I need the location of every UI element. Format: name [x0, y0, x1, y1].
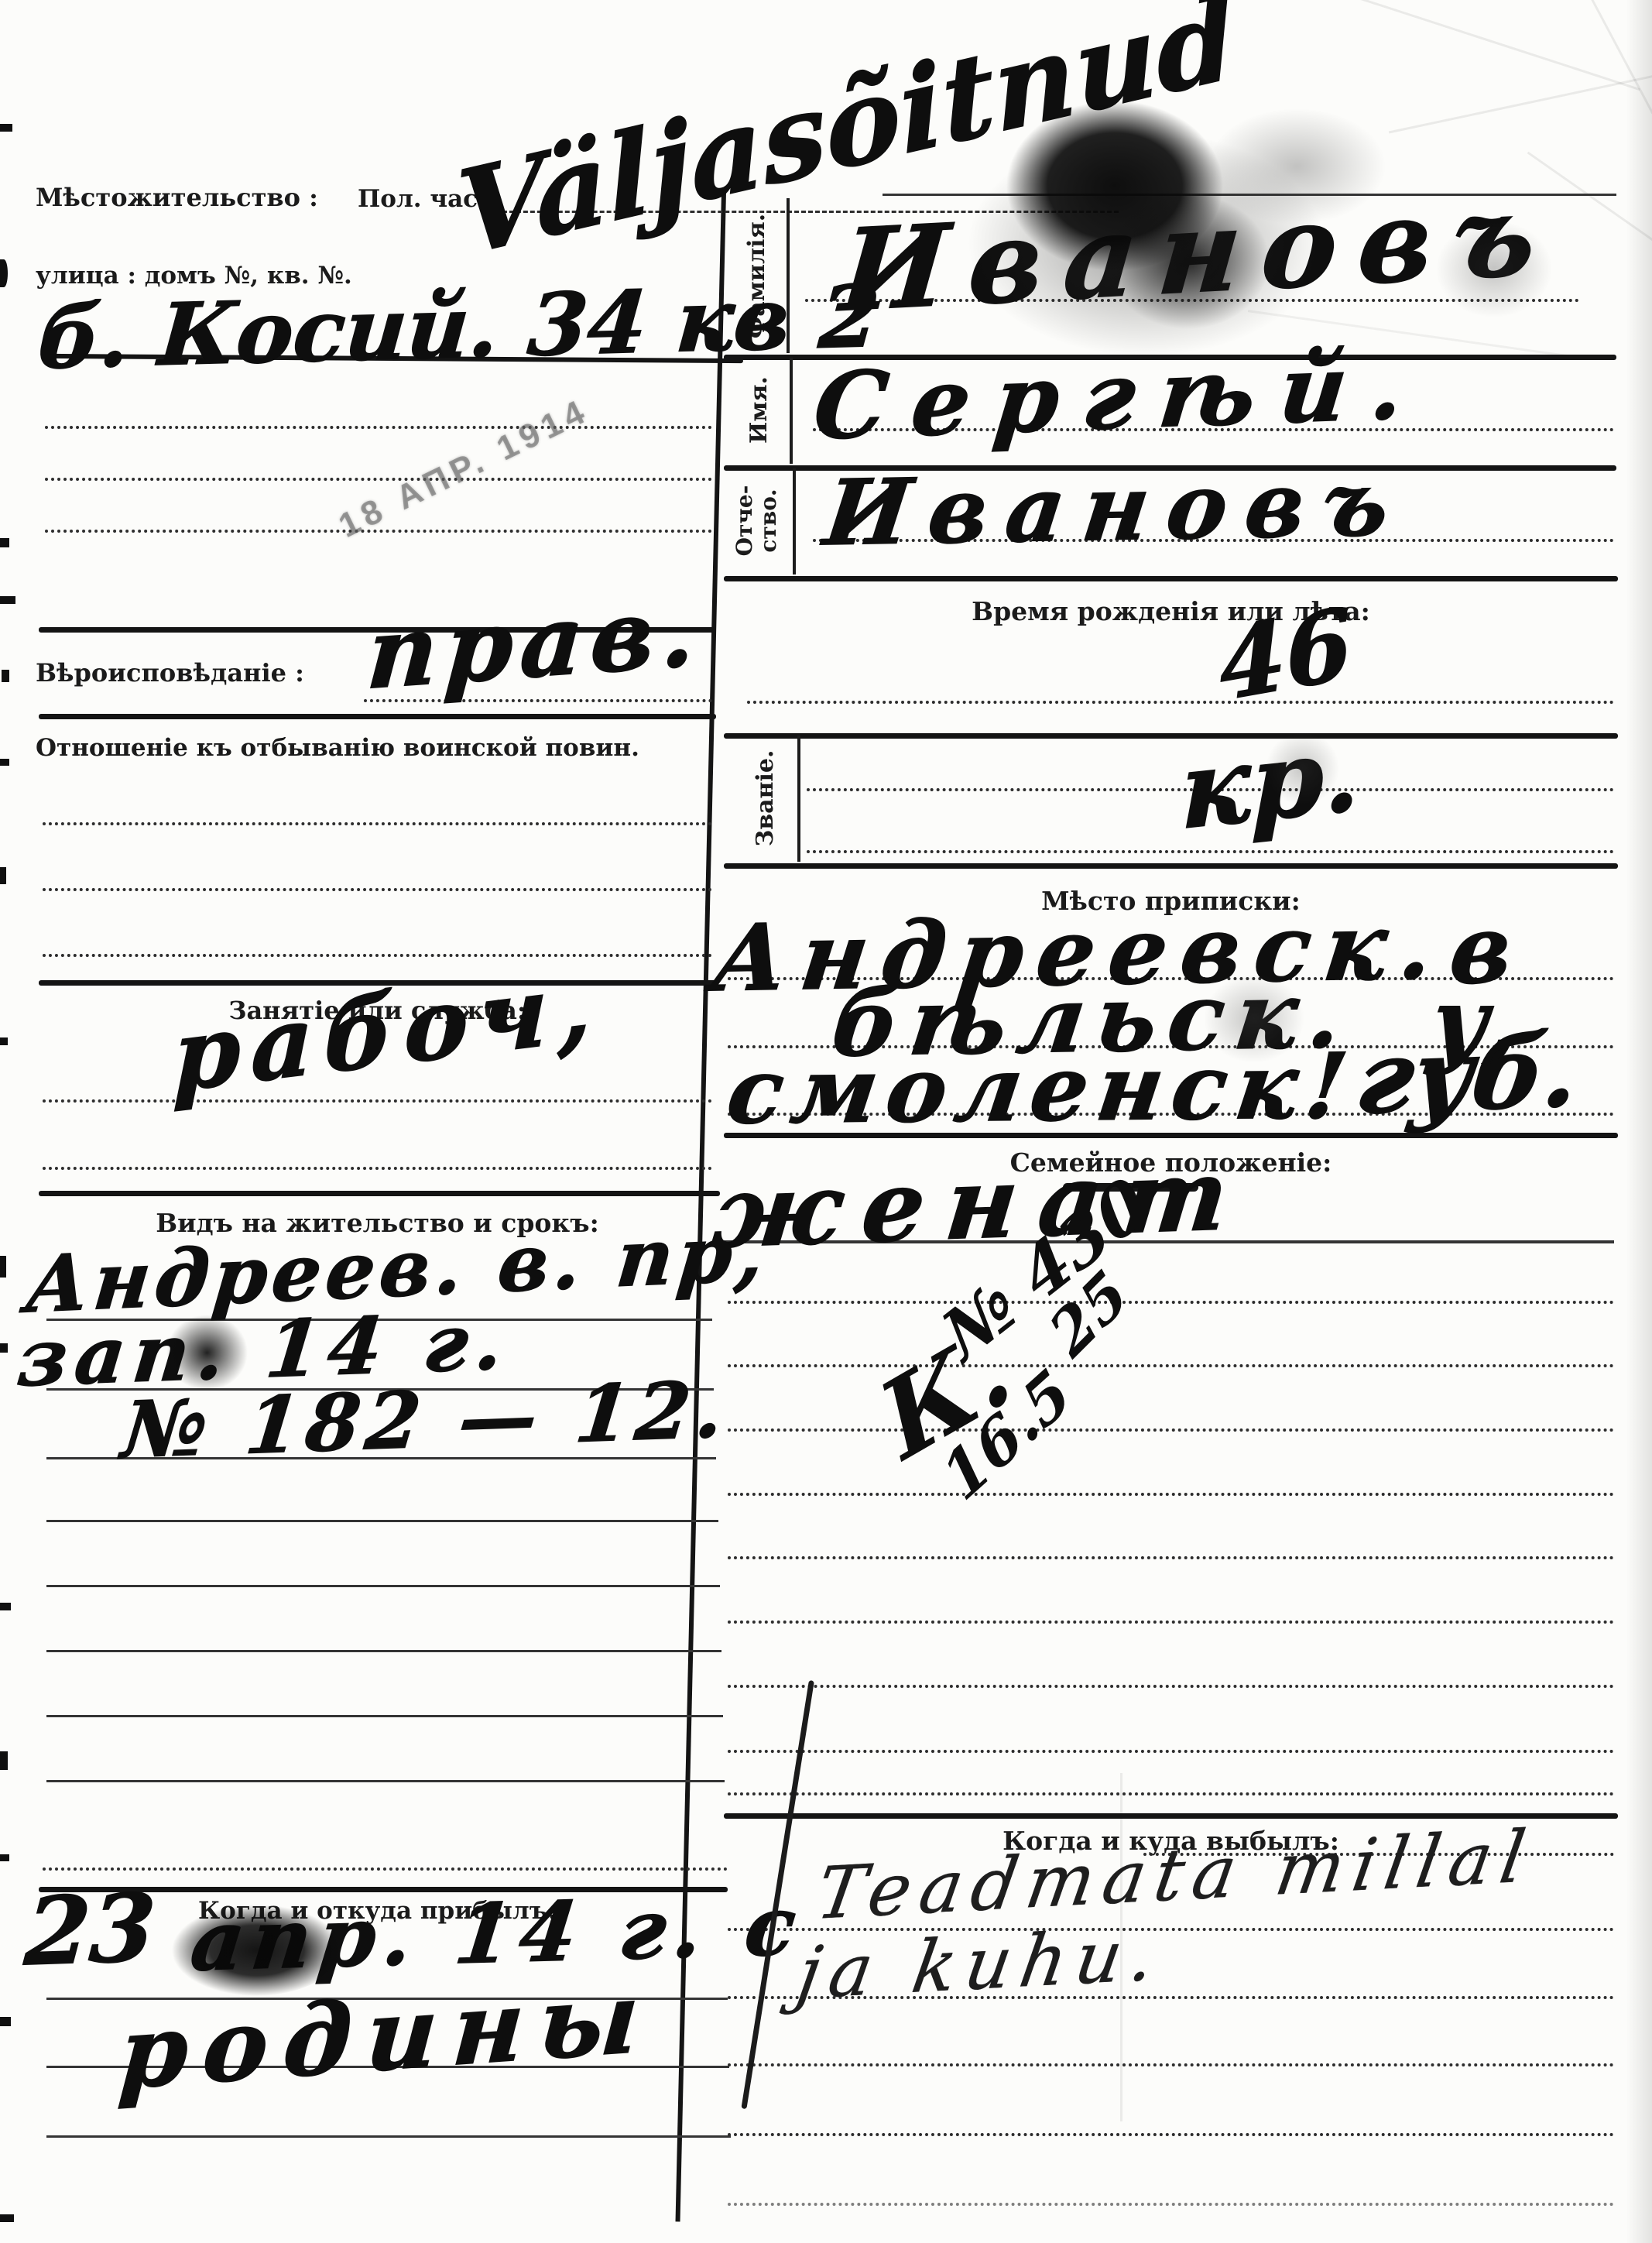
occupation-entry-handwriting: рабоч,: [172, 948, 603, 1115]
blank-line: [728, 1301, 1614, 1304]
scan-artifact: [0, 1603, 11, 1610]
scan-artifact: [0, 759, 9, 766]
registration-card-scan: Мѣстожительство : Пол. част улица : домъ…: [0, 0, 1652, 2243]
blank-line: [43, 954, 712, 957]
residence-label: Мѣстожительство :: [36, 183, 318, 212]
blank-line: [46, 1650, 721, 1652]
scan-artifact: [0, 1256, 6, 1278]
section-line: [39, 1191, 720, 1196]
patronymic-label-line1: Отче-: [733, 485, 757, 557]
blank-line: [728, 2133, 1614, 2136]
patronymic-label: Отче- ство.: [728, 468, 787, 573]
section-line: [724, 863, 1618, 869]
military-duty-label: Отношеніе къ отбыванію воинской повин.: [36, 734, 639, 762]
birth-answer-line: [747, 701, 1614, 704]
paper-right-edge-shadow: [1626, 0, 1652, 2243]
religion-label: Вѣроисповѣданіе :: [36, 658, 304, 688]
blank-line: [728, 1428, 1614, 1432]
blank-line: [728, 1493, 1614, 1496]
family-status-entry-handwriting: женат: [708, 1137, 1255, 1271]
arrived-day-handwriting: 23: [22, 1873, 159, 1987]
crease-line: [1286, 0, 1640, 91]
blank-line: [728, 1685, 1614, 1688]
scan-artifact: [0, 538, 9, 547]
section-line: [724, 576, 1618, 581]
blank-line: [728, 1621, 1614, 1624]
blank-line: [45, 478, 712, 481]
scan-artifact: [0, 2017, 11, 2026]
scan-artifact: [0, 1343, 8, 1353]
rank-box-inner-line: [797, 736, 800, 862]
blank-line: [43, 1867, 728, 1871]
rank-label-text: Званіе.: [752, 750, 778, 847]
scan-artifact: [0, 259, 8, 287]
blank-line: [43, 1167, 712, 1170]
age-entry-handwriting: 46: [1215, 587, 1356, 724]
blank-line: [728, 2063, 1614, 2066]
scan-artifact: [0, 1037, 8, 1045]
blank-line: [43, 888, 712, 891]
section-line: [724, 733, 1618, 739]
patronymic-box-inner-line: [793, 468, 796, 574]
blank-line: [46, 2135, 731, 2138]
section-line: [39, 714, 716, 719]
scan-artifact: [0, 1854, 9, 1861]
occupation-answer-line: [43, 1099, 712, 1103]
blank-line: [728, 1792, 1614, 1795]
blank-line: [728, 1364, 1614, 1367]
religion-entry-handwriting: прав.: [364, 574, 708, 712]
blank-line: [46, 1585, 720, 1587]
scan-artifact: [0, 867, 6, 884]
patronymic-entry-handwriting: Ивановъ: [819, 451, 1414, 566]
blank-line: [46, 1520, 718, 1522]
scan-artifact: [0, 1751, 8, 1770]
scan-artifact: [0, 2214, 14, 2222]
ink-smudge: [1436, 221, 1552, 317]
blank-line: [46, 1715, 723, 1717]
blank-line: [728, 1750, 1614, 1753]
rank-label: Званіе.: [737, 737, 793, 859]
birth-time-label: Время рожденія или лѣта:: [724, 596, 1618, 626]
date-stamp: 18 АПР. 1914: [333, 391, 595, 546]
first-name-label-text: Имя.: [746, 376, 772, 444]
blank-line: [728, 1556, 1614, 1559]
registration-entry-line3b: губ.: [1350, 1013, 1588, 1137]
first-name-label: Имя.: [731, 358, 787, 462]
blank-line: [46, 1780, 725, 1782]
blank-line: [43, 822, 712, 825]
blank-line: [728, 2203, 1614, 2206]
blank-line: [45, 426, 712, 429]
blank-line: [807, 850, 1614, 853]
scan-artifact: [0, 124, 12, 132]
scan-artifact: [2, 670, 9, 682]
scan-artifact: [0, 596, 15, 604]
patronymic-label-line2: ство.: [757, 489, 781, 552]
first-name-box-inner-line: [790, 358, 793, 464]
